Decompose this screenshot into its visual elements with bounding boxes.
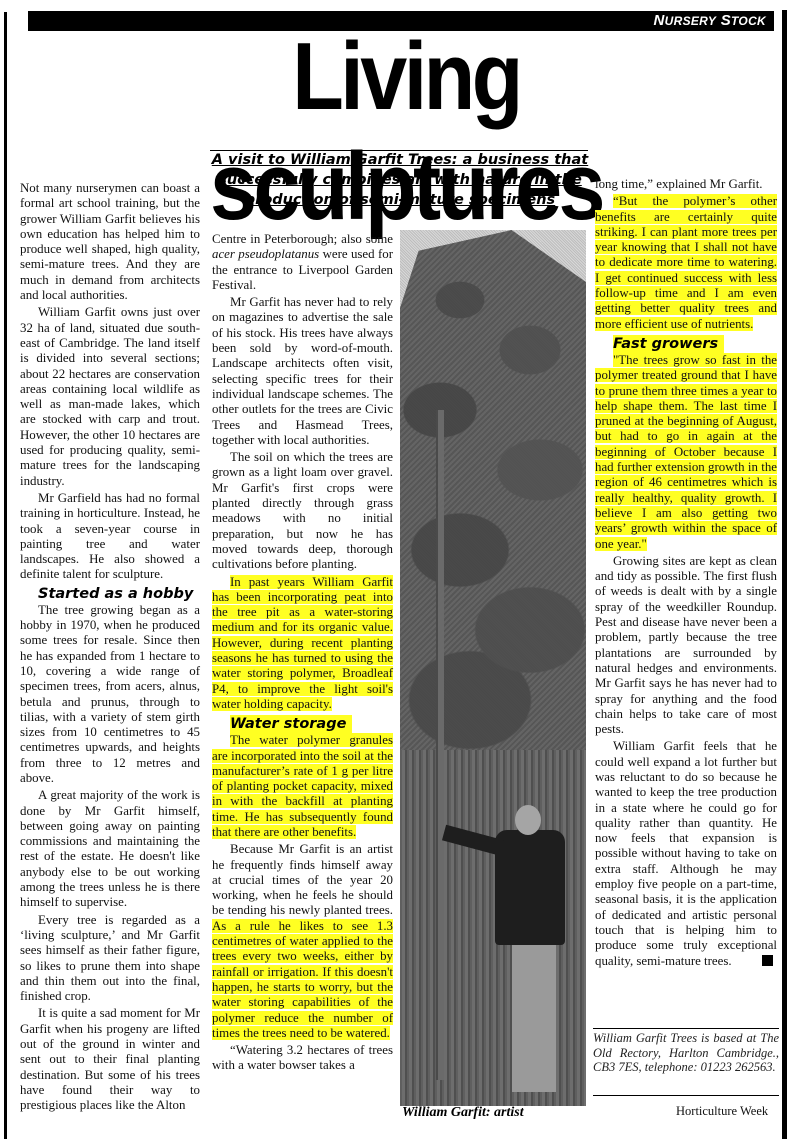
paragraph: Centre in Peterborough; also some acer p… xyxy=(212,232,393,293)
photo-caption: William Garfit: artist xyxy=(402,1105,524,1121)
paragraph: Mr Garfit has never had to rely on magaz… xyxy=(212,295,393,448)
tree-trunk xyxy=(436,410,444,1080)
page-border-right xyxy=(782,10,787,1139)
paragraph: Because Mr Garfit is an artist he freque… xyxy=(212,842,393,1041)
info-box-rule-bottom xyxy=(593,1095,779,1096)
paragraph: The soil on which the trees are grown as… xyxy=(212,450,393,572)
paragraph: Every tree is regarded as a ‘living scul… xyxy=(20,913,200,1005)
page-border-left xyxy=(4,12,7,1139)
paragraph: Mr Garfield has had no formal training i… xyxy=(20,491,200,583)
deck-subtitle: A visit to William Garfit Trees: a busin… xyxy=(208,150,592,210)
paragraph: A great majority of the work is done by … xyxy=(20,788,200,910)
article-column-2: Centre in Peterborough; also some acer p… xyxy=(212,232,393,1076)
highlighted-paragraph: The water polymer granules are incorpora… xyxy=(212,733,393,840)
end-of-article-mark-icon xyxy=(762,955,773,966)
paragraph: long time,” explained Mr Garfit. xyxy=(595,177,777,192)
highlighted-paragraph: In past years William Garfit has been in… xyxy=(212,575,393,713)
subheading: Fast growers xyxy=(613,335,724,353)
article-photo xyxy=(400,230,586,1106)
paragraph: Not many nurserymen can boast a formal a… xyxy=(20,181,200,303)
highlighted-paragraph: “But the polymer’s other benefits are ce… xyxy=(595,194,777,332)
paragraph: William Garfit owns just over 32 ha of l… xyxy=(20,305,200,489)
paragraph: The tree growing began as a hobby in 197… xyxy=(20,603,200,787)
paragraph: Growing sites are kept as clean and tidy… xyxy=(595,554,777,738)
subheading: Water storage xyxy=(230,715,352,733)
botanical-name: acer pseudoplatanus xyxy=(212,247,319,261)
article-column-1: Not many nurserymen can boast a formal a… xyxy=(20,181,200,1116)
subheading: Started as a hobby xyxy=(38,585,200,603)
info-box-rule-top xyxy=(593,1028,779,1029)
paragraph: William Garfit feels that he could well … xyxy=(595,739,777,968)
tree-foliage xyxy=(400,230,586,750)
article-column-3: long time,” explained Mr Garfit. “But th… xyxy=(595,177,777,971)
contact-info-box: William Garfit Trees is based at The Old… xyxy=(593,1031,779,1075)
paragraph: It is quite a sad moment for Mr Garfit w… xyxy=(20,1006,200,1113)
paragraph: “Watering 3.2 hectares of trees with a w… xyxy=(212,1043,393,1074)
publication-name: Horticulture Week xyxy=(676,1104,768,1119)
person xyxy=(495,830,565,945)
highlighted-paragraph: "The trees grow so fast in the polymer t… xyxy=(595,353,777,552)
